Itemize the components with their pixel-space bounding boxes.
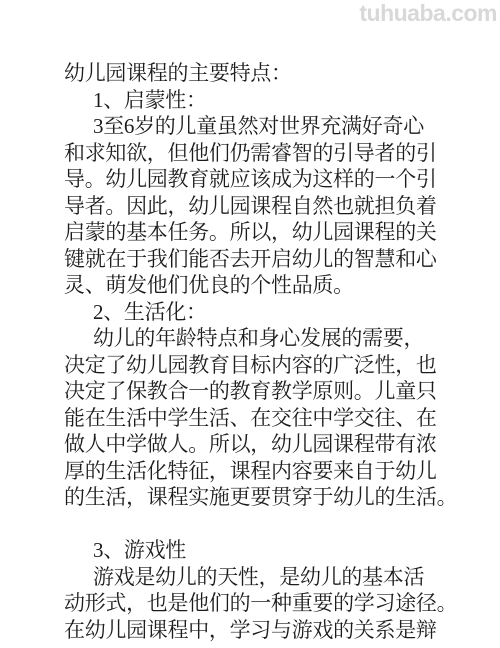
section-3-heading: 3、游戏性 xyxy=(64,537,454,564)
document-content: 幼儿园课程的主要特点： 1、启蒙性： 3至6岁的儿童虽然对世界充满好奇心 和求知… xyxy=(64,60,454,643)
section-3-paragraph-line: 在幼儿园课程中，学习与游戏的关系是辩 xyxy=(64,617,454,644)
section-1-paragraph-line: 灵、萌发他们优良的个性品质。 xyxy=(64,272,454,299)
section-1-paragraph-line: 3至6岁的儿童虽然对世界充满好奇心 xyxy=(64,113,454,140)
section-1-paragraph-line: 导。幼儿园教育就应该成为这样的一个引 xyxy=(64,166,454,193)
section-2-paragraph-line: 厚的生活化特征，课程内容要来自于幼儿 xyxy=(64,458,454,485)
section-2-heading: 2、生活化： xyxy=(64,299,454,326)
document-page: tuhuaba.com 幼儿园课程的主要特点： 1、启蒙性： 3至6岁的儿童虽然… xyxy=(0,0,500,648)
section-2-paragraph-line: 做人中学做人。所以，幼儿园课程带有浓 xyxy=(64,431,454,458)
section-2-paragraph-line: 决定了幼儿园教育目标内容的广泛性，也 xyxy=(64,352,454,379)
watermark-text: tuhuaba.com xyxy=(359,0,497,27)
section-1-heading: 1、启蒙性： xyxy=(64,87,454,114)
section-2-paragraph-line: 幼儿的年龄特点和身心发展的需要， xyxy=(64,325,454,352)
section-2-paragraph-line: 能在生活中学生活、在交往中学交往、在 xyxy=(64,405,454,432)
section-1-paragraph-line: 键就在于我们能否去开启幼儿的智慧和心 xyxy=(64,246,454,273)
section-3-paragraph-line: 游戏是幼儿的天性，是幼儿的基本活 xyxy=(64,564,454,591)
section-3-paragraph-line: 动形式，也是他们的一种重要的学习途径。 xyxy=(64,590,454,617)
document-title: 幼儿园课程的主要特点： xyxy=(64,60,454,87)
section-2-paragraph-line: 的生活，课程实施更要贯穿于幼儿的生活。 xyxy=(64,484,454,511)
section-1-paragraph-line: 导者。因此，幼儿园课程自然也就担负着 xyxy=(64,193,454,220)
section-2-paragraph-line: 决定了保教合一的教育教学原则。儿童只 xyxy=(64,378,454,405)
section-1-paragraph-line: 和求知欲，但他们仍需睿智的引导者的引 xyxy=(64,140,454,167)
section-1-paragraph-line: 启蒙的基本任务。所以，幼儿园课程的关 xyxy=(64,219,454,246)
